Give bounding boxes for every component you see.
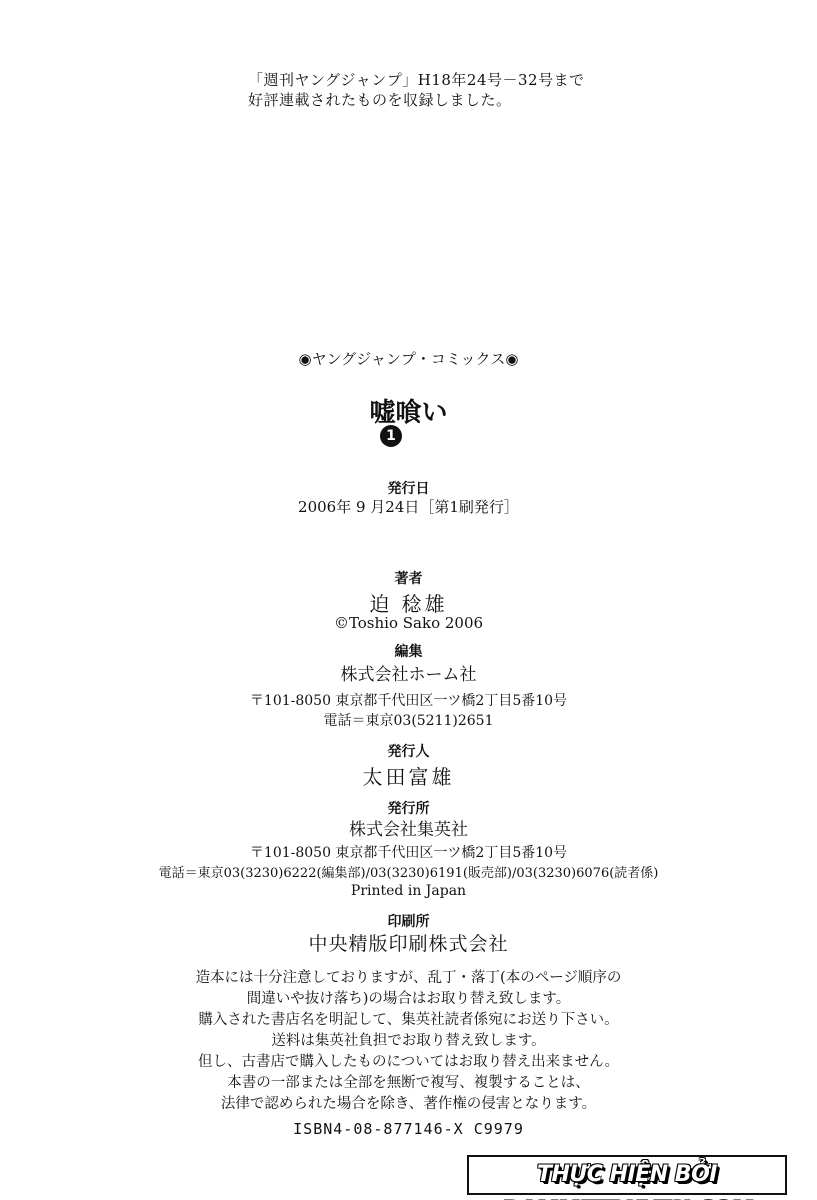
notice-line-3: 購入された書店名を明記して、集英社読者係宛にお送り下さい。 — [0, 1010, 817, 1031]
printer-company: 中央精版印刷株式会社 — [0, 929, 817, 956]
notice-line-6: 本書の一部または全部を無断で複写、複製することは、 — [0, 1073, 817, 1094]
notice-line-4: 送料は集英社負担でお取り替え致します。 — [0, 1031, 817, 1052]
publisher-phone: 電話＝東京03(3230)6222(編集部)/03(3230)6191(販売部)… — [0, 862, 817, 881]
volume-badge: 1 — [380, 425, 402, 447]
author-label: 著者 — [0, 568, 817, 588]
series-label: ◉ヤングジャンプ・コミックス◉ — [0, 348, 817, 369]
publisher-address: 〒101-8050 東京都千代田区一ツ橋2丁目5番10号 — [0, 842, 817, 862]
book-title: 嘘喰い — [0, 392, 817, 429]
editor-phone: 電話＝東京03(5211)2651 — [0, 710, 817, 730]
serialization-note-line-2: 好評連載されたものを収録しました。 — [248, 90, 512, 110]
printer-label: 印刷所 — [0, 911, 817, 931]
editor-address: 〒101-8050 東京都千代田区一ツ橋2丁目5番10号 — [0, 690, 817, 710]
scanlation-watermark: THỰC HIỆN BỞI DAMMETRUYEN.COM — [467, 1155, 787, 1195]
notice-line-7: 法律で認められた場合を除き、著作権の侵害となります。 — [0, 1094, 817, 1115]
notice-line-2: 間違いや抜け落ち)の場合はお取り替え致します。 — [0, 989, 817, 1010]
author-name: 迫 稔雄 — [0, 588, 817, 617]
printed-in-japan: Printed in Japan — [0, 883, 817, 899]
publisher-company: 株式会社集英社 — [0, 815, 817, 840]
publisher-person-name: 太田富雄 — [0, 761, 817, 790]
publication-date-value: 2006年 9 月24日［第1刷発行］ — [0, 496, 817, 517]
publisher-person-label: 発行人 — [0, 741, 817, 761]
serialization-note-line-1: 「週刊ヤングジャンプ」H18年24号－32号まで — [248, 70, 585, 90]
editor-label: 編集 — [0, 641, 817, 661]
isbn: ISBN4-08-877146-X C9979 — [0, 1120, 817, 1138]
notice-line-5: 但し、古書店で購入したものについてはお取り替え出来ません。 — [0, 1052, 817, 1073]
editor-company: 株式会社ホーム社 — [0, 660, 817, 685]
notice-line-1: 造本には十分注意しておりますが、乱丁・落丁(本のページ順序の — [0, 968, 817, 989]
copyright: ©Toshio Sako 2006 — [0, 614, 817, 632]
publication-date-label: 発行日 — [0, 478, 817, 498]
